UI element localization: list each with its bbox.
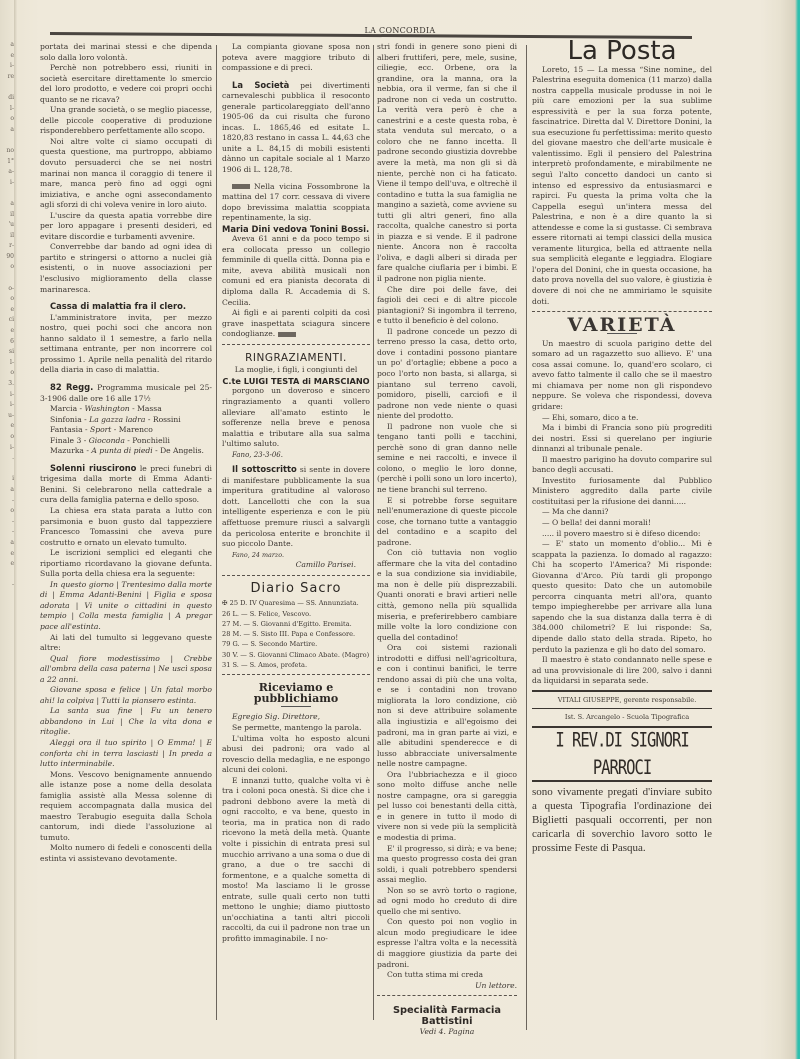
diario-item: ✠ 25 D. IV Quaresima — SS. Annunziata. (222, 598, 370, 608)
gutter-fragment: no (0, 146, 14, 157)
program-item: Finale 3 - Gioconda - Ponchielli (40, 436, 212, 447)
paragraph: — Ehi, somaro, dico a te. (532, 413, 712, 424)
gutter-fragment: e (0, 326, 14, 337)
paragraph: Con tutta stima mi creda (377, 970, 517, 981)
gutter-fragment: re (0, 72, 14, 83)
program-item: Mazurka - A punta di piedi - De Angelis. (40, 446, 212, 457)
cassa-article: Cassa di malattia fra il clero. (40, 301, 212, 313)
paragraph: Il maestro è stato condannato nelle spes… (532, 655, 712, 687)
paragraph: Il padrone non vuole che si tengano tant… (377, 422, 517, 496)
necrologio-article: Nella vicina Fossombrone la mattina del … (222, 182, 370, 224)
diario-item: 26 L. — S. Felice, Vescovo. (222, 609, 370, 619)
paragraph: E' il progresso, si dirà; e va bene; ma … (377, 844, 517, 886)
paragraph: La moglie, i figli, i congiunti del (222, 365, 370, 376)
paragraph: — O bella! dei danni morali! (532, 518, 712, 529)
paragraph: — E' stato un momento d'oblio... Mi è sc… (532, 539, 712, 655)
gutter-fragment: 'u (0, 220, 14, 231)
paragraph: portata dei marinai stessi e che dipenda… (40, 42, 212, 63)
varieta-body: Un maestro di scuola parigino dette del … (532, 339, 712, 687)
parroci-heading: I REV.DI SIGNORI PARROCI (532, 726, 712, 781)
paragraph: Mons. Vescovo benignamente annuendo alle… (40, 770, 212, 844)
parroci-text: sono vivamente pregati d'inviare subito … (532, 785, 712, 855)
diario-item: 28 M. — S. Sisto III. Papa e Confessore. (222, 629, 370, 639)
diario-heading: Diario Sacro (222, 584, 370, 595)
paragraph: Ma i bimbi di Francia sono più progredit… (532, 423, 712, 455)
previous-page-gutter: aei-re dil-oa no1°a-i- ail'uilr-90o o-oe… (0, 40, 14, 1030)
laposta-heading: La Posta (532, 46, 712, 57)
cassa-heading: Cassa di malattia fra il clero. (50, 301, 186, 311)
section-divider (222, 575, 370, 580)
gutter-fragment: i- (0, 178, 14, 189)
gutter-fragment: o (0, 262, 14, 273)
gutter-fragment: 1° (0, 157, 14, 168)
societa-article: La Società pei divertimenti carnevalesch… (222, 80, 370, 176)
paragraph: Loreto, 15 — La messa “Sine nomine„ del … (532, 65, 712, 308)
gutter-fragment: i- (0, 443, 14, 454)
gutter-fragment: a (0, 538, 14, 549)
gutter-fragment: o (0, 294, 14, 305)
heading-underline (281, 706, 311, 707)
paragraph: L'uscire da questa apatia vorrebbe dire … (40, 211, 212, 243)
paragraph: Converrebbe dar bando ad ogni idea di pa… (40, 242, 212, 295)
paragraph: Se permette, mantengo la parola. (222, 723, 370, 734)
salutation: Egregio Sig. Direttore, (222, 712, 370, 723)
diario-item: 30 V. — S. Giovanni Climaco Abate. (Magr… (222, 650, 370, 660)
gutter-fragment (0, 570, 14, 581)
paragraph: porgono un doveroso e sincero ringraziam… (222, 386, 370, 449)
paragraph: Un maestro di scuola parigino dette del … (532, 339, 712, 413)
section-divider (222, 344, 370, 349)
diario-item: 27 M. — S. Giovanni d'Egitto. Eremita. (222, 619, 370, 629)
regg-heading: 82 Regg. (50, 382, 93, 392)
sottoscritto-heading: Il sottoscritto (232, 464, 297, 474)
inscription: In questo giorno | Trentesimo dalla mort… (40, 580, 212, 633)
ornament-icon (232, 184, 250, 189)
paragraph: Ai figli e ai parenti colpiti da così gr… (222, 308, 370, 340)
section-divider (222, 674, 370, 679)
paragraph: Investito furiosamente dal Pubblico Mini… (532, 476, 712, 508)
gutter-fragment: e (0, 421, 14, 432)
program-item: Marcia - Washington - Massa (40, 404, 212, 415)
riceviamo-heading: Riceviamo e pubblichiamo (222, 683, 370, 704)
paragraph: Non so se avrò torto o ragione, ad ogni … (377, 886, 517, 918)
gutter-fragment: 3. (0, 379, 14, 390)
gutter-fragment: 90 (0, 252, 14, 263)
gutter-fragment (0, 464, 14, 475)
paragraph: Con questo poi non voglio in alcun modo … (377, 917, 517, 970)
signature: Un lettore. (377, 981, 517, 992)
paragraph: Aveva 61 anni e da poco tempo si era col… (222, 234, 370, 308)
gutter-fragment: e (0, 305, 14, 316)
paragraph: Molto numero di fedeli e conoscenti dell… (40, 843, 212, 864)
gutter-fragment: u- (0, 411, 14, 422)
dateline: Fano, 23-3-06. (222, 450, 370, 461)
column-rule (216, 45, 217, 1020)
varieta-heading: VARIETÀ (532, 320, 712, 331)
cassa-text: L'amministratore invita, per mezzo nostr… (40, 313, 212, 376)
paragraph: Ora coi sistemi razionali introdotti e d… (377, 643, 517, 770)
gutter-fragment: i (0, 474, 14, 485)
gutter-fragment: il (0, 210, 14, 221)
gutter-fragment: l- (0, 104, 14, 115)
gutter-fragment: a- (0, 167, 14, 178)
music-program: Marcia - Washington - MassaSinfonia - La… (40, 404, 212, 457)
gutter-fragment: o (0, 114, 14, 125)
column-rule (526, 45, 527, 1030)
paragraph: Le iscrizioni semplici ed eleganti che r… (40, 548, 212, 580)
farmacia-sub: Vedi 4. Pagina (377, 1027, 517, 1038)
inscription: Qual fiore modestissimo | Crebbe all'omb… (40, 654, 212, 686)
gutter-fragment (0, 135, 14, 146)
gutter-fragment: il (0, 231, 14, 242)
program-item: Fantasia - Sport - Marenco (40, 425, 212, 436)
diario-list: ✠ 25 D. IV Quaresima — SS. Annunziata.26… (222, 598, 370, 670)
paragraph: E innanzi tutto, qualche volta vi è tra … (222, 776, 370, 945)
paragraph: E si potrebbe forse seguitare nell'enume… (377, 496, 517, 549)
farmacia-heading: Specialità Farmacia Battistini (377, 1006, 517, 1027)
paragraph: Con ciò tuttavia non voglio affermare ch… (377, 548, 517, 643)
sottoscritto-article: Il sottoscritto si sente in dovere di ma… (222, 464, 370, 549)
paragraph: Il maestro parigino ha dovuto comparire … (532, 455, 712, 476)
paragraph: La chiesa era stata parata a lutto con p… (40, 506, 212, 548)
gutter-fragment (0, 82, 14, 93)
program-item: Sinfonia - La gazza ladra - Rossini (40, 415, 212, 426)
paragraph: Il padrone concede un pezzo di terreno p… (377, 327, 517, 422)
gutter-fragment: - (0, 496, 14, 507)
gutter-fragment: - (0, 527, 14, 538)
gutter-fragment: a (0, 125, 14, 136)
testa-name: C.te LUIGI TESTA di MARSCIANO (222, 376, 370, 387)
column-4: La Posta Loreto, 15 — La messa “Sine nom… (532, 42, 712, 855)
paragraph: La compianta giovane sposa non poteva av… (222, 42, 370, 74)
ornament-icon (278, 332, 296, 337)
paragraph: — Ma che danni? (532, 507, 712, 518)
gutter-fragment: . (0, 453, 14, 464)
gutter-fragment (0, 188, 14, 199)
gutter-fragment: o (0, 368, 14, 379)
dateline: Fano, 24 marzo. (222, 550, 370, 561)
gutter-fragment: l- (0, 358, 14, 369)
gutter-fragment: a (0, 40, 14, 51)
solenni-article: Solenni riuscirono le preci funebri di t… (40, 463, 212, 506)
gutter-fragment: i- (0, 400, 14, 411)
societa-heading: La Società (232, 80, 289, 90)
gutter-fragment: a (0, 485, 14, 496)
gutter-fragment: - (0, 580, 14, 591)
diario-item: 79 G. — S. Secondo Martire. (222, 639, 370, 649)
gutter-fragment: i- (0, 390, 14, 401)
paragraph: Che dire poi delle fave, dei fagioli dei… (377, 285, 517, 327)
deceased-name: Maria Dini vedova Tonini Bossi. (222, 224, 370, 235)
paragraph: stri fondi in genere sono pieni di alber… (377, 42, 517, 285)
section-divider (377, 995, 517, 1000)
gutter-fragment: e (0, 559, 14, 570)
paragraph: Perchè non potrebbero essi, riuniti in s… (40, 63, 212, 105)
gutter-fragment (0, 273, 14, 284)
page-fold (14, 0, 17, 1059)
paragraph: Noi altre volte ci siamo occupati di que… (40, 137, 212, 211)
paragraph: L'ultima volta ho esposto alcuni abusi d… (222, 734, 370, 776)
signature: Camillo Parisei. (222, 560, 370, 571)
column-1: portata dei marinai stessi e che dipenda… (40, 42, 212, 865)
gutter-fragment: e (0, 549, 14, 560)
rule (532, 690, 712, 692)
gutter-fragment: - (0, 517, 14, 528)
paragraph: ..... il povero maestro si è difeso dice… (532, 529, 712, 540)
column-3: stri fondi in genere sono pieni di alber… (377, 42, 517, 1038)
gutter-fragment: o- (0, 284, 14, 295)
paragraph: Ai lati del tumulto si leggevano queste … (40, 633, 212, 654)
inscription: Aleggi ora il tuo spirito | O Emma! | E … (40, 738, 212, 770)
gutter-fragment: o (0, 432, 14, 443)
gutter-fragment: a (0, 199, 14, 210)
inscription: Giovane sposa e felice | Un fatal morbo … (40, 685, 212, 706)
inscription: La santa sua fine | Fu un tenero abbando… (40, 706, 212, 738)
paragraph: Una grande società, o se meglio piacesse… (40, 105, 212, 137)
gutter-fragment: o (0, 506, 14, 517)
gutter-fragment: r- (0, 241, 14, 252)
ringraziamenti-heading: RINGRAZIAMENTI. (222, 353, 370, 364)
newspaper-page: aei-re dil-oa no1°a-i- ail'uilr-90o o-oe… (0, 0, 800, 1059)
gutter-fragment: ci (0, 315, 14, 326)
gutter-fragment: i- (0, 61, 14, 72)
paragraph: Ora l'ubbriachezza e il gioco sono molto… (377, 770, 517, 844)
gutter-fragment: e (0, 51, 14, 62)
column-2: La compianta giovane sposa non poteva av… (222, 42, 370, 944)
column-rule (373, 45, 374, 1020)
gerente-line: VITALI GIUSEPPE, gerente responsabile. (532, 695, 712, 706)
gutter-fragment: di (0, 93, 14, 104)
rule (532, 708, 712, 709)
solenni-heading: Solenni riuscirono (50, 463, 136, 473)
diario-item: 31 S. — S. Amos, profeta. (222, 660, 370, 670)
regg-article: 82 Regg. Programma musicale pel 25-3-190… (40, 382, 212, 404)
gutter-fragment: si (0, 347, 14, 358)
gutter-fragment: 6 (0, 337, 14, 348)
tipografia-line: Ist. S. Arcangelo - Scuola Tipografica (532, 712, 712, 723)
